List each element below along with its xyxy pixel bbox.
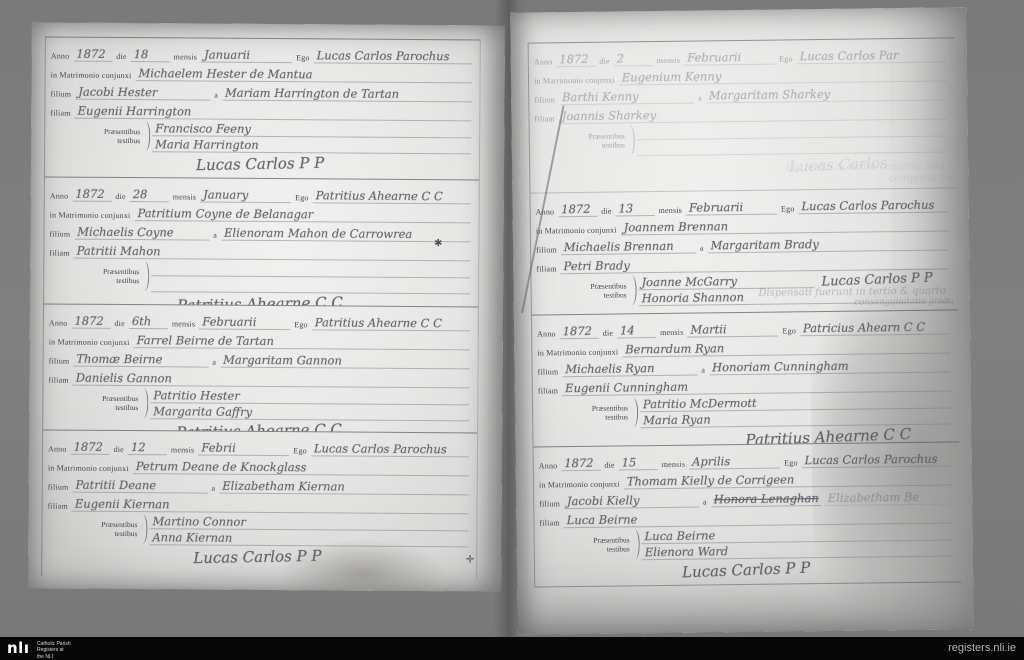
label-ego: Ego xyxy=(293,446,307,456)
bride-value: Margaritam Brady xyxy=(708,235,950,253)
footer-bar: nlı Catholic Parish Registers at the NLI… xyxy=(0,637,1024,660)
label-filiam: filiam xyxy=(536,264,556,274)
label-ego: Ego xyxy=(779,54,793,64)
entry-line-bride-father: filiam Patritii Mahon xyxy=(49,239,470,261)
witnesses-block: Præsentibus testibus Patritio McDermott … xyxy=(538,392,951,429)
label-filium: filium xyxy=(538,367,559,377)
entry-line-groom: in Matrimonio conjunxi Farrel Beirne de … xyxy=(49,328,470,350)
witness-brace xyxy=(629,275,636,305)
groom-value: Patritium Coyne de Belanagar xyxy=(134,206,470,223)
mensis-value: Aprilis xyxy=(689,454,780,470)
bride-struck-value: Honora Lenaghan xyxy=(711,491,821,507)
bride-father-value: Eugenii Harrington xyxy=(75,104,472,122)
label-mensis: mensis xyxy=(657,56,681,66)
label-testibus-line2: testibus xyxy=(116,276,139,285)
dispensation-note: consanguinitatis gradu xyxy=(854,296,953,307)
priest-signature: Lucas Carlos P P xyxy=(196,154,325,174)
bride-value: Elizabetham Kiernan xyxy=(219,479,469,496)
label-a: a xyxy=(701,365,705,375)
priest-value: Lucas Carlos Parochus xyxy=(802,451,952,468)
label-die: die xyxy=(599,57,609,67)
register-entry: Anno 1872 die 18 mensis Januarii Ego Luc… xyxy=(45,37,480,180)
groom-father-value: Barthi Kenny xyxy=(559,89,694,106)
witness-brace xyxy=(141,388,148,418)
label-die: die xyxy=(114,445,124,455)
priest-value: Lucas Carlos Parochus xyxy=(798,197,948,214)
witness-lines: Martino Connor Anna Kiernan xyxy=(149,513,468,547)
nli-logo-caption: Catholic Parish Registers at the NLI xyxy=(37,641,71,660)
signature-row: Lucas Carlos P P xyxy=(47,545,468,568)
die-value: 6th xyxy=(129,314,168,329)
die-value: 13 xyxy=(615,201,654,216)
label-a: a xyxy=(213,230,217,240)
priest-value: Lucas Carlos Parochus xyxy=(314,48,472,64)
anno-value: 1872 xyxy=(561,456,600,471)
label-mensis: mensis xyxy=(171,446,195,456)
label-die: die xyxy=(115,192,125,202)
label-testibus-line1: Præsentibus xyxy=(593,535,629,544)
label-conjunxi: in Matrimonio conjunxi xyxy=(537,348,618,359)
die-value: 28 xyxy=(130,187,169,202)
register-entry: ✱ Anno 1872 die 28 mensis January Ego Pa… xyxy=(44,177,479,307)
label-testibus-line1: Præsentibus xyxy=(102,393,138,402)
die-value: 15 xyxy=(619,455,658,470)
label-anno: Anno xyxy=(534,57,553,67)
anno-value: 1872 xyxy=(72,186,111,201)
witness-brace xyxy=(631,397,638,427)
witness-brace xyxy=(143,121,150,151)
groom-value: Farrel Beirne de Tartan xyxy=(134,333,470,350)
priest-value: Lucas Carlos Parochus xyxy=(311,442,469,458)
witness-lines: Patritio Hester Margarita Gaffry xyxy=(150,387,469,421)
label-testibus-line2: testibus xyxy=(114,529,137,538)
register-entry: Anno 1872 die 13 mensis Februarii Ego Lu… xyxy=(530,188,957,315)
entry-line-fathers: filium Patritii Deane a Elizabetham Kier… xyxy=(48,474,469,496)
label-mensis: mensis xyxy=(174,52,198,62)
bride-father-value: Patritii Mahon xyxy=(74,243,471,261)
label-anno: Anno xyxy=(48,445,67,455)
caption-line: the NLI xyxy=(37,654,71,660)
witness-brace xyxy=(142,261,149,291)
die-value: 14 xyxy=(617,323,656,338)
mensis-value: Febrii xyxy=(198,441,289,457)
entry-line-groom: in Matrimonio conjunxi Patritium Coyne d… xyxy=(50,201,471,223)
register-entry: Anno 1872 die 2 mensis Februarii Ego Luc… xyxy=(529,38,957,193)
mensis-value: Februarii xyxy=(684,50,775,66)
label-testibus: Præsentibus testibus xyxy=(75,266,139,284)
label-testibus: Præsentibus testibus xyxy=(561,131,625,150)
anno-value: 1872 xyxy=(558,202,597,217)
signature-row: Lucas Carlos P P xyxy=(50,151,471,174)
label-anno: Anno xyxy=(49,318,68,328)
label-anno: Anno xyxy=(537,329,556,339)
entry-line-fathers: filium Michaelis Coyne a Elienoram Mahon… xyxy=(49,220,470,242)
site-url: registers.nli.ie xyxy=(948,642,1016,654)
label-mensis: mensis xyxy=(173,192,197,202)
margin-note: On testio & testio consang 3tio xyxy=(786,161,944,174)
label-filiam: filiam xyxy=(48,375,68,385)
label-conjunxi: in Matrimonio conjunxi xyxy=(49,337,130,348)
groom-father-value: Michaelis Coyne xyxy=(74,224,209,240)
bride-father-value: Eugenii Kiernan xyxy=(72,497,469,515)
witnesses-block: Præsentibus testibus Martino Connor Anna… xyxy=(47,513,468,548)
label-anno: Anno xyxy=(51,51,70,61)
label-filium: filium xyxy=(49,356,70,366)
label-testibus-line1: Præsentibus xyxy=(103,267,139,276)
register-viewer: Anno 1872 die 18 mensis Januarii Ego Luc… xyxy=(0,0,1024,660)
mensis-value: Februarii xyxy=(686,200,777,216)
entry-line-fathers: filium Jacobi Hester a Mariam Harrington… xyxy=(50,80,471,102)
witness-brace xyxy=(633,529,640,559)
label-testibus-line1: Præsentibus xyxy=(588,131,624,140)
label-conjunxi: in Matrimonio conjunxi xyxy=(51,70,132,81)
groom-value: Petrum Deane de Knockglass xyxy=(133,459,469,476)
priest-value: Patricius Ahearn C C xyxy=(800,319,950,336)
label-testibus: Præsentibus testibus xyxy=(566,535,630,554)
entry-line-fathers: filium Thomæ Beirne a Margaritam Gannon xyxy=(49,347,470,369)
label-anno: Anno xyxy=(536,207,555,217)
label-ego: Ego xyxy=(294,320,308,330)
entry-line-groom: in Matrimonio conjunxi Petrum Deane de K… xyxy=(48,455,469,477)
register-page-left: Anno 1872 die 18 mensis Januarii Ego Luc… xyxy=(28,22,505,591)
label-filiam: filiam xyxy=(538,386,558,396)
die-value: 12 xyxy=(128,440,167,455)
entry-line-bride-father: filiam Danielis Gannon xyxy=(48,366,469,388)
label-testibus-line1: Præsentibus xyxy=(590,281,626,290)
margin-note: composta f— xyxy=(889,172,955,184)
witness2-value: Margarita Gaffry xyxy=(150,404,469,421)
label-testibus-line2: testibus xyxy=(602,140,625,149)
witness2-value: Anna Kiernan xyxy=(149,530,468,547)
label-mensis: mensis xyxy=(659,206,683,216)
priest-signature: Lucas Carlos P P xyxy=(682,559,811,582)
groom-father-value: Jacobi Hester xyxy=(75,85,210,101)
entries-frame: Anno 1872 die 2 mensis Februarii Ego Luc… xyxy=(528,37,962,587)
label-filium: filium xyxy=(48,483,69,493)
bride-value: Margaritam Sharkey xyxy=(706,85,948,103)
mensis-value: Januarii xyxy=(201,48,292,64)
register-entry: Anno 1872 die 6th mensis Februarii Ego P… xyxy=(43,304,478,434)
label-mensis: mensis xyxy=(172,319,196,329)
entries-frame: Anno 1872 die 18 mensis Januarii Ego Luc… xyxy=(41,36,481,579)
label-mensis: mensis xyxy=(662,460,686,470)
label-anno: Anno xyxy=(539,461,558,471)
label-testibus-line1: Præsentibus xyxy=(101,520,137,529)
register-entry: ✛ Anno 1872 die 12 mensis Febrii Ego Luc… xyxy=(42,431,477,580)
label-filiam: filiam xyxy=(50,108,70,118)
bride-value: Honoriam Cunningham xyxy=(709,357,951,375)
mensis-value: Martii xyxy=(687,322,778,338)
groom-father-value: Jacobi Kielly xyxy=(564,493,699,510)
label-anno: Anno xyxy=(50,191,69,201)
label-testibus: Præsentibus testibus xyxy=(563,281,627,300)
priest-signature: Lucas Carlos P P xyxy=(193,547,322,567)
label-filium: filium xyxy=(49,229,70,239)
witnesses-block: Præsentibus testibus xyxy=(535,120,948,157)
die-value: 18 xyxy=(131,47,170,62)
priest-value: Lucas Carlos Par xyxy=(797,47,947,64)
label-testibus: Præsentibus testibus xyxy=(74,393,138,411)
label-die: die xyxy=(601,207,611,217)
label-conjunxi: in Matrimonio conjunxi xyxy=(539,480,620,491)
groom-value: Michaelem Hester de Mantua xyxy=(135,66,471,83)
label-testibus: Præsentibus testibus xyxy=(73,520,137,538)
label-filiam: filiam xyxy=(534,114,554,124)
witnesses-block: Præsentibus testibus Francisco Feeny Mar… xyxy=(50,119,471,154)
anno-value: 1872 xyxy=(71,440,110,455)
label-die: die xyxy=(114,318,124,328)
label-filium: filium xyxy=(50,89,71,99)
label-testibus: Præsentibus testibus xyxy=(76,127,140,145)
witness-brace xyxy=(140,514,147,544)
label-a: a xyxy=(212,357,216,367)
bride-value: Elizabetham Be xyxy=(825,489,953,506)
cross-mark: ✛ xyxy=(466,554,474,565)
label-testibus-line2: testibus xyxy=(115,402,138,411)
witness-lines: Francisco Feeny Maria Harrington xyxy=(152,120,471,154)
groom-father-value: Thomæ Beirne xyxy=(73,351,208,367)
label-conjunxi: in Matrimonio conjunxi xyxy=(534,76,615,87)
register-page-right: Anno 1872 die 2 mensis Februarii Ego Luc… xyxy=(510,7,974,635)
register-entry: Anno 1872 die 15 mensis Aprilis Ego Luca… xyxy=(534,442,962,587)
label-a: a xyxy=(698,93,702,103)
label-filiam: filiam xyxy=(539,518,559,528)
asterisk-mark: ✱ xyxy=(434,238,442,249)
label-filiam: filiam xyxy=(49,248,69,258)
label-testibus-line1: Præsentibus xyxy=(104,127,140,136)
witness-lines xyxy=(637,120,948,156)
witness-lines xyxy=(151,260,470,294)
label-conjunxi: in Matrimonio conjunxi xyxy=(48,464,129,475)
label-filium: filium xyxy=(534,95,555,105)
bride-value: Margaritam Gannon xyxy=(220,352,470,369)
label-testibus: Præsentibus testibus xyxy=(564,403,628,422)
entry-line-bride-father: filiam Eugenii Harrington xyxy=(50,99,471,121)
nli-logo: nlı xyxy=(7,639,29,657)
anno-value: 1872 xyxy=(560,324,599,339)
witness-lines: Luca Beirne Elienora Ward xyxy=(642,524,953,560)
groom-father-value: Michaelis Ryan xyxy=(562,361,697,378)
entry-line-bride-father: filiam Eugenii Kiernan xyxy=(48,493,469,515)
label-a: a xyxy=(700,243,704,253)
priest-value: Patritius Ahearne C C xyxy=(313,188,471,204)
groom-father-value: Michaelis Brennan xyxy=(561,239,696,256)
groom-father-value: Patritii Deane xyxy=(72,478,207,494)
label-ego: Ego xyxy=(784,458,798,468)
label-die: die xyxy=(116,52,126,62)
witness2-value: Maria Harrington xyxy=(152,137,471,154)
label-testibus-line2: testibus xyxy=(604,290,627,299)
witnesses-block: Præsentibus testibus Luca Beirne Elienor… xyxy=(540,524,953,561)
anno-value: 1872 xyxy=(556,52,595,67)
label-die: die xyxy=(603,329,613,339)
label-ego: Ego xyxy=(782,326,796,336)
label-a: a xyxy=(211,484,215,494)
label-ego: Ego xyxy=(295,193,309,203)
witness-brace xyxy=(628,125,635,155)
label-testibus-line2: testibus xyxy=(117,136,140,145)
label-conjunxi: in Matrimonio conjunxi xyxy=(536,226,617,237)
label-filium: filium xyxy=(539,499,560,509)
die-value: 2 xyxy=(614,51,653,66)
label-testibus-line1: Præsentibus xyxy=(592,403,628,412)
witness-lines: Patritio McDermott Maria Ryan xyxy=(640,392,951,428)
witnesses-block: Præsentibus testibus xyxy=(49,259,470,294)
label-a: a xyxy=(703,497,707,507)
mensis-value: January xyxy=(200,187,291,203)
label-testibus-line2: testibus xyxy=(605,412,628,421)
priest-value: Patritius Ahearne C C xyxy=(312,315,470,331)
mensis-value: Februarii xyxy=(199,314,290,330)
label-ego: Ego xyxy=(296,53,310,63)
label-conjunxi: in Matrimonio conjunxi xyxy=(50,210,131,221)
label-die: die xyxy=(604,461,614,471)
label-mensis: mensis xyxy=(660,328,684,338)
entry-line-groom: in Matrimonio conjunxi Michaelem Hester … xyxy=(51,61,472,83)
label-ego: Ego xyxy=(781,204,795,214)
anno-value: 1872 xyxy=(73,47,112,62)
signature-row: Lucas Carlos P P xyxy=(540,556,953,581)
label-filiam: filiam xyxy=(48,502,68,512)
bride-value: Mariam Harrington de Tartan xyxy=(222,86,472,103)
label-filium: filium xyxy=(536,245,557,255)
label-testibus-line2: testibus xyxy=(607,544,630,553)
anno-value: 1872 xyxy=(71,313,110,328)
label-a: a xyxy=(214,91,218,101)
bride-father-value: Danielis Gannon xyxy=(73,370,470,388)
register-entry: Anno 1872 die 14 mensis Martii Ego Patri… xyxy=(532,310,960,447)
witnesses-block: Præsentibus testibus Patritio Hester Mar… xyxy=(48,386,469,421)
